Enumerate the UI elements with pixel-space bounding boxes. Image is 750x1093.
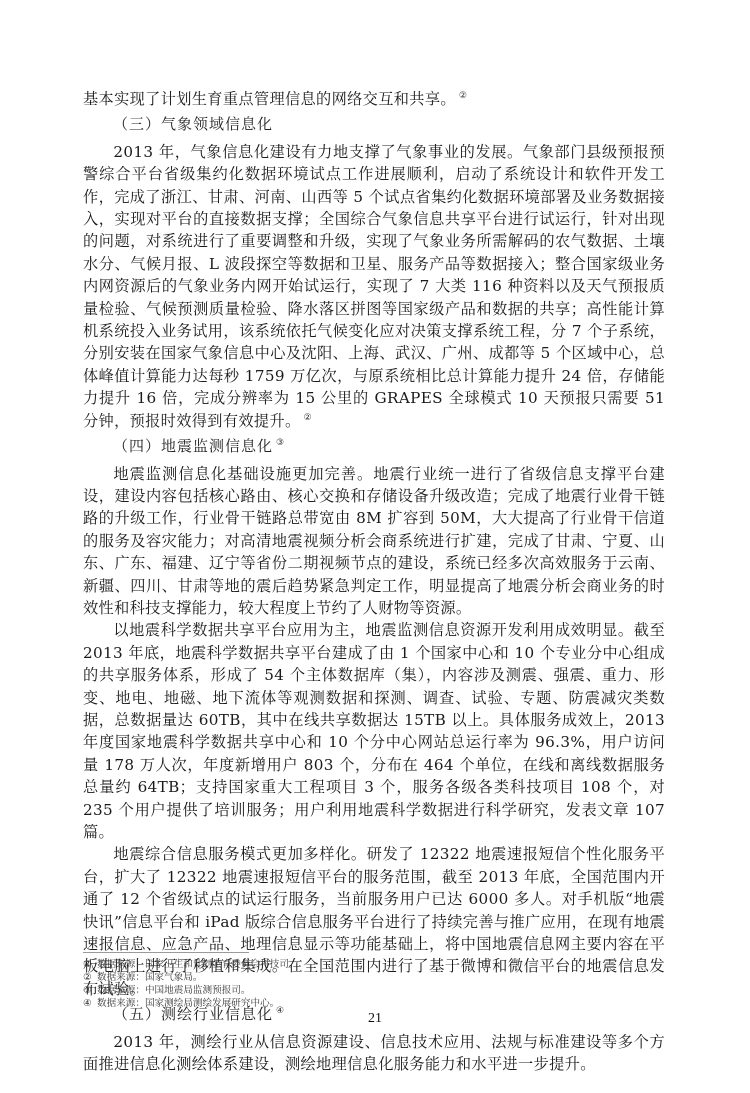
footnotes: ②数据来源：国家卫生和计划生育委员会科技司。 ②数据来源：国家气象局。 ③数据来… (83, 958, 583, 1010)
footnote-text: 数据来源：国家测绘局测绘发展研究中心。 (97, 998, 279, 1009)
paragraph-seismic-infrastructure: 地震监测信息化基础设施更加完善。地震行业统一进行了省级信息支撑平台建设，建设内容… (83, 463, 665, 620)
footnote-mark: ② (83, 971, 97, 984)
paragraph-surveying-mapping: 2013 年，测绘行业从信息资源建设、信息技术应用、法规与标准建设等多个方面推进… (83, 1031, 665, 1076)
footnote-item: ②数据来源：国家卫生和计划生育委员会科技司。 (83, 958, 583, 971)
footnote-item: ②数据来源：国家气象局。 (83, 971, 583, 984)
paragraph-text: 地震监测信息化基础设施更加完善。地震行业统一进行了省级信息支撑平台建设，建设内容… (83, 465, 665, 617)
page-number: 21 (0, 1011, 750, 1027)
footnote-text: 数据来源：国家气象局。 (97, 972, 203, 983)
paragraph-text: 2013 年，测绘行业从信息资源建设、信息技术应用、法规与标准建设等多个方面推进… (83, 1033, 665, 1073)
paragraph-text: 2013 年，气象信息化建设有力地支撑了气象事业的发展。气象部门县级预报预警综合… (83, 143, 665, 430)
section-heading-seismic-monitoring: （四）地震监测信息化③ (83, 435, 665, 457)
paragraph-text: 基本实现了计划生育重点管理信息的网络交互和共享。 (83, 90, 456, 108)
heading-text: （三）气象领域信息化 (113, 115, 273, 133)
footnote-mark: ② (83, 958, 97, 971)
footnote-text: 数据来源：中国地震局监测预报司。 (97, 985, 251, 996)
footnote-reference[interactable]: ② (304, 413, 312, 423)
footnote-reference[interactable]: ② (459, 91, 467, 101)
page-body: 基本实现了计划生育重点管理信息的网络交互和共享。② （三）气象领域信息化 201… (83, 88, 665, 1075)
footnote-item: ④数据来源：国家测绘局测绘发展研究中心。 (83, 997, 583, 1010)
heading-text: （四）地震监测信息化 (113, 437, 273, 455)
footnote-divider (83, 952, 249, 953)
paragraph-meteorology: 2013 年，气象信息化建设有力地支撑了气象事业的发展。气象部门县级预报预警综合… (83, 141, 665, 432)
paragraph-family-planning-closing: 基本实现了计划生育重点管理信息的网络交互和共享。② (83, 88, 665, 110)
footnote-text: 数据来源：国家卫生和计划生育委员会科技司。 (97, 959, 298, 970)
paragraph-seismic-data-sharing: 以地震科学数据共享平台应用为主，地震监测信息资源开发利用成效明显。截至 2013… (83, 619, 665, 843)
footnote-mark: ③ (83, 984, 97, 997)
footnote-reference[interactable]: ③ (276, 438, 285, 448)
footnote-item: ③数据来源：中国地震局监测预报司。 (83, 984, 583, 997)
paragraph-text: 以地震科学数据共享平台应用为主，地震监测信息资源开发利用成效明显。截至 2013… (83, 621, 665, 841)
footnote-mark: ④ (83, 997, 97, 1010)
section-heading-meteorology: （三）气象领域信息化 (83, 113, 665, 135)
